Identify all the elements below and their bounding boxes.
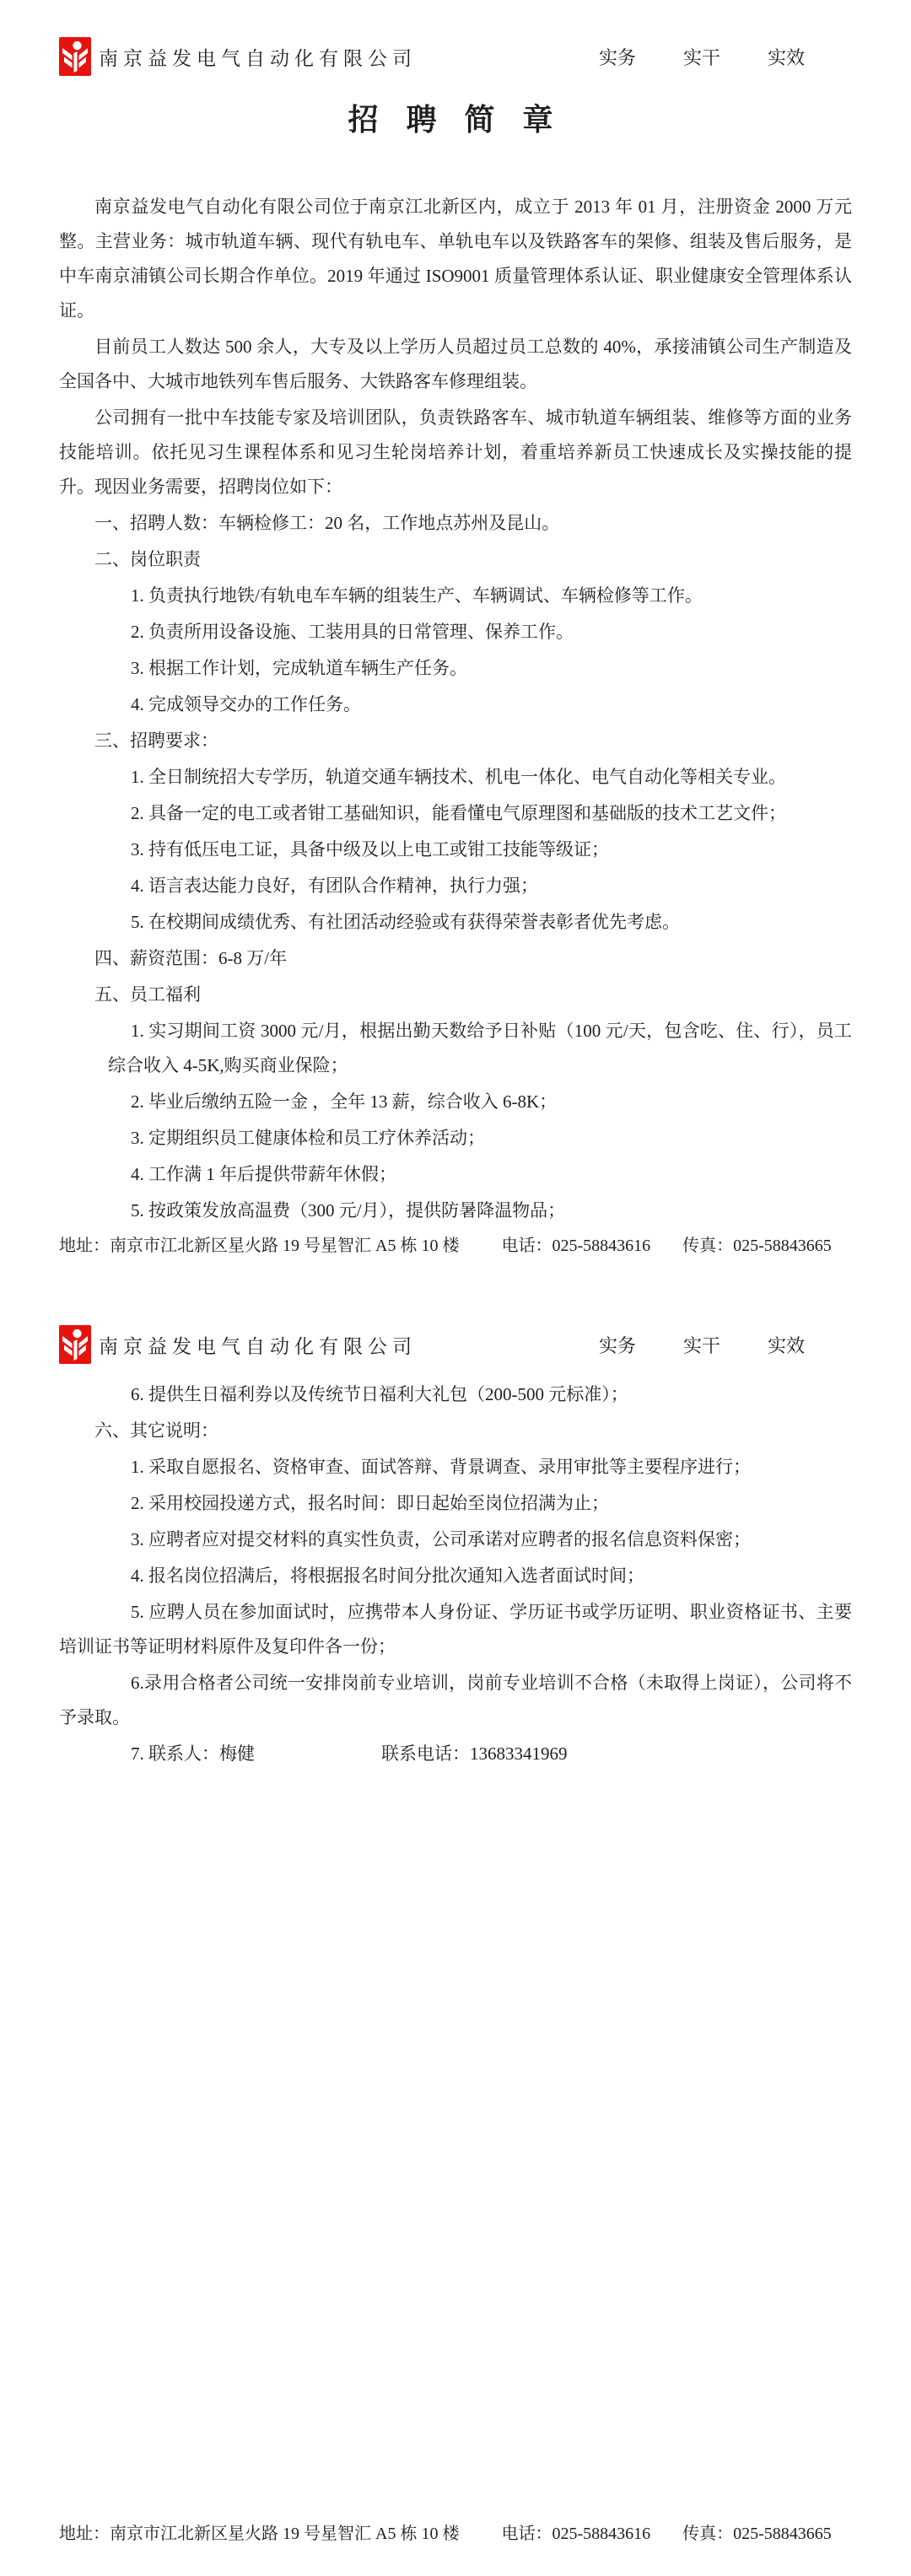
- note-item: 2. 采用校园投递方式，报名时间：即日起始至岗位招满为止；: [131, 1486, 852, 1521]
- note-item: 5. 应聘人员在参加面试时，应携带本人身份证、学历证书或学历证明、职业资格证书、…: [59, 1595, 852, 1664]
- footer-phone: 电话：025-58843616: [501, 2525, 650, 2543]
- footer-address: 地址：南京市江北新区星火路 19 号星智汇 A5 栋 10 楼: [59, 2525, 459, 2543]
- page1-footer: 地址：南京市江北新区星火路 19 号星智汇 A5 栋 10 楼电话：025-58…: [59, 1231, 852, 1256]
- page1-body: 南京益发电气自动化有限公司位于南京江北新区内，成立于 2013 年 01 月，注…: [59, 190, 852, 1228]
- benefit-item: 5. 按政策发放高温费（300 元/月），提供防暑降温物品；: [131, 1194, 852, 1228]
- motto-word-3: 实效: [768, 47, 805, 68]
- motto-word-3: 实效: [768, 1335, 805, 1356]
- page2-header: 南京益发电气自动化有限公司 实务实干实效: [59, 1288, 852, 1364]
- benefit-item: 2. 毕业后缴纳五险一金 ，全年 13 薪，综合收入 6-8K；: [131, 1085, 852, 1119]
- intro-paragraph-1: 南京益发电气自动化有限公司位于南京江北新区内，成立于 2013 年 01 月，注…: [59, 190, 852, 328]
- benefit-item: 4. 工作满 1 年后提供带薪年休假；: [131, 1157, 852, 1192]
- company-motto: 实务实干实效: [599, 1332, 805, 1358]
- contact-person: 7. 联系人：梅健: [131, 1743, 255, 1764]
- footer-fax: 传真：025-58843665: [682, 2525, 832, 2543]
- requirement-item: 2. 具备一定的电工或者钳工基础知识，能看懂电气原理图和基础版的技术工艺文件；: [131, 796, 852, 831]
- doc-title: 招 聘 简 章: [59, 96, 852, 139]
- section-3-heading: 三、招聘要求：: [94, 724, 852, 758]
- intro-paragraph-3: 公司拥有一批中车技能专家及培训团队，负责铁路客车、城市轨道车辆组装、维修等方面的…: [59, 401, 852, 504]
- note-item: 4. 报名岗位招满后，将根据报名时间分批次通知入选者面试时间；: [131, 1559, 852, 1593]
- duty-item: 2. 负责所用设备设施、工装用具的日常管理、保养工作。: [131, 615, 852, 649]
- page1-header: 南京益发电气自动化有限公司 实务实干实效: [59, 0, 852, 76]
- section-4-heading: 四、薪资范围：6-8 万/年: [94, 941, 852, 976]
- company-name: 南京益发电气自动化有限公司: [99, 43, 417, 71]
- requirement-item: 3. 持有低压电工证，具备中级及以上电工或钳工技能等级证；: [131, 833, 852, 867]
- duty-item: 1. 负责执行地铁/有轨电车车辆的组装生产、车辆调试、车辆检修等工作。: [131, 579, 852, 613]
- motto-word-1: 实务: [599, 1335, 636, 1356]
- motto-word-1: 实务: [599, 47, 636, 68]
- footer-fax: 传真：025-58843665: [682, 1237, 832, 1255]
- benefit-item: 3. 定期组织员工健康体检和员工疗休养活动；: [131, 1121, 852, 1156]
- intro-paragraph-2: 目前员工人数达 500 余人，大专及以上学历人员超过员工总数的 40%，承接浦镇…: [59, 330, 852, 399]
- duty-item: 3. 根据工作计划，完成轨道车辆生产任务。: [131, 651, 852, 686]
- company-logo-icon: [59, 1325, 91, 1364]
- motto-word-2: 实干: [683, 1335, 720, 1356]
- note-item: 3. 应聘者应对提交材料的真实性负责，公司承诺对应聘者的报名信息资料保密；: [131, 1522, 852, 1557]
- section-1-heading: 一、招聘人数：车辆检修工：20 名，工作地点苏州及昆山。: [94, 506, 852, 541]
- page2-footer: 地址：南京市江北新区星火路 19 号星智汇 A5 栋 10 楼电话：025-58…: [59, 2519, 852, 2544]
- company-name: 南京益发电气自动化有限公司: [99, 1331, 417, 1359]
- footer-phone: 电话：025-58843616: [501, 1237, 650, 1255]
- requirement-item: 5. 在校期间成绩优秀、有社团活动经验或有获得荣誉表彰者优先考虑。: [131, 905, 852, 940]
- duty-item: 4. 完成领导交办的工作任务。: [131, 687, 852, 722]
- requirement-item: 4. 语言表达能力良好，有团队合作精神，执行力强；: [131, 869, 852, 903]
- company-logo-icon: [59, 37, 91, 76]
- requirement-item: 1. 全日制统招大专学历，轨道交通车辆技术、机电一体化、电气自动化等相关专业。: [131, 760, 852, 795]
- benefit-item: 6. 提供生日福利券以及传统节日福利大礼包（200-500 元标准）；: [131, 1377, 852, 1412]
- benefit-item: 1. 实习期间工资 3000 元/月，根据出勤天数给予日补贴（100 元/天，包…: [108, 1014, 852, 1083]
- page-2: 南京益发电气自动化有限公司 实务实干实效 6. 提供生日福利券以及传统节日福利大…: [0, 1288, 911, 2576]
- page-1: 南京益发电气自动化有限公司 实务实干实效 招 聘 简 章 南京益发电气自动化有限…: [0, 0, 911, 1288]
- section-2-heading: 二、岗位职责: [94, 542, 852, 577]
- company-motto: 实务实干实效: [599, 44, 805, 70]
- contact-phone: 联系电话：13683341969: [381, 1743, 568, 1764]
- section-6-heading: 六、其它说明：: [94, 1414, 852, 1448]
- section-5-heading: 五、员工福利: [94, 978, 852, 1012]
- note-item: 1. 采取自愿报名、资格审查、面试答辩、背景调查、录用审批等主要程序进行；: [131, 1450, 852, 1485]
- page2-body: 6. 提供生日福利券以及传统节日福利大礼包（200-500 元标准）； 六、其它…: [59, 1377, 852, 1771]
- footer-address: 地址：南京市江北新区星火路 19 号星智汇 A5 栋 10 楼: [59, 1237, 459, 1255]
- contact-line: 7. 联系人：梅健联系电话：13683341969: [131, 1737, 852, 1771]
- motto-word-2: 实干: [683, 47, 720, 68]
- note-item: 6.录用合格者公司统一安排岗前专业培训，岗前专业培训不合格（未取得上岗证），公司…: [59, 1666, 852, 1735]
